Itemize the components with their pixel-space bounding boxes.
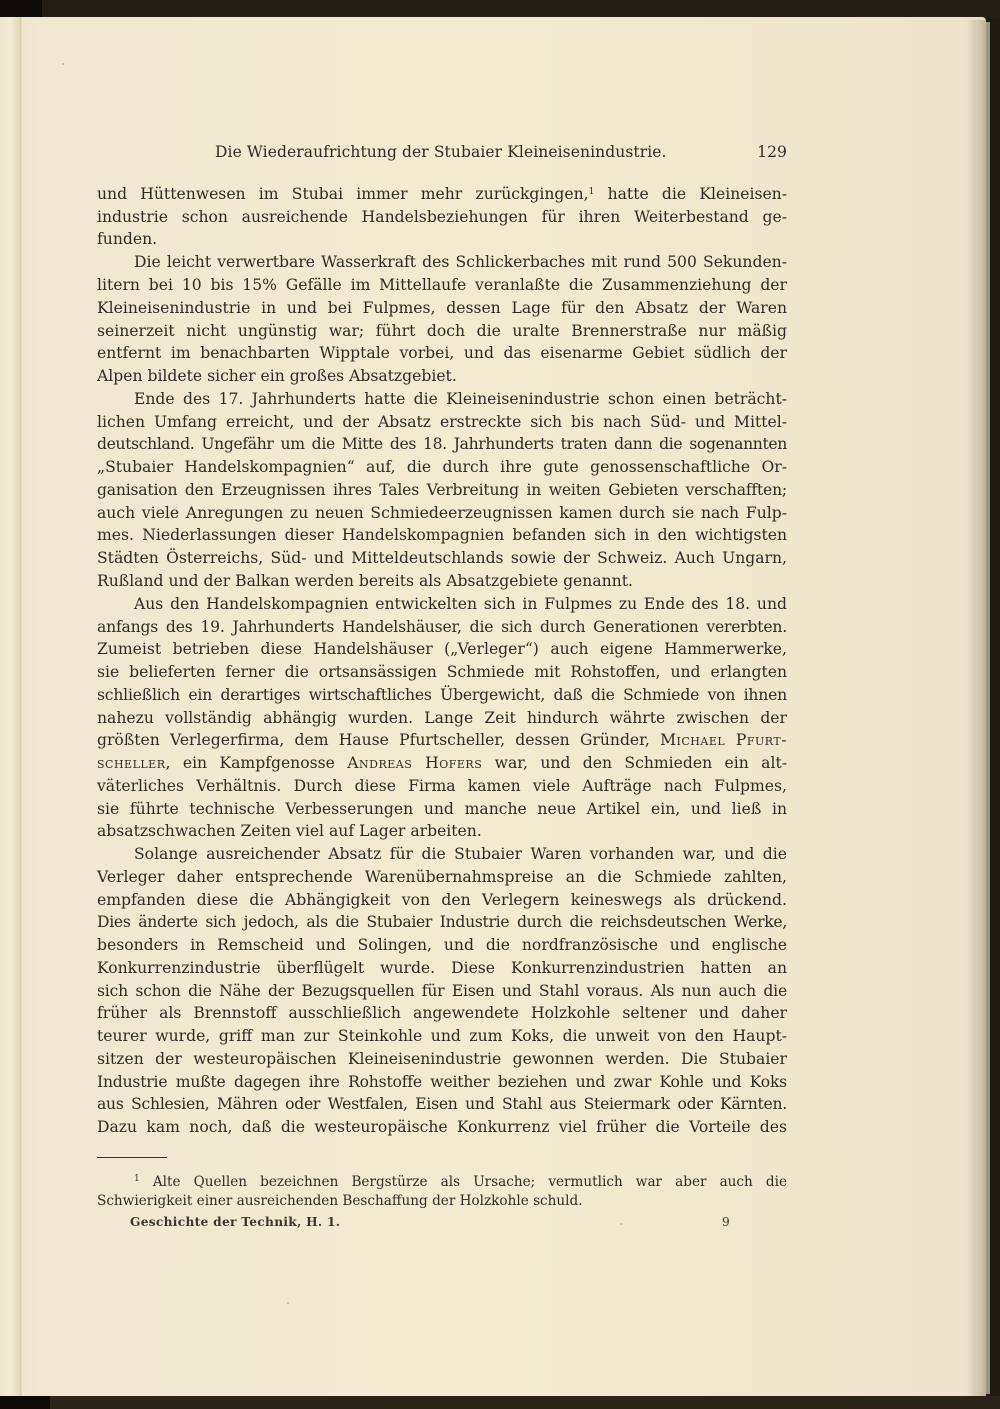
body-line: mes. Niederlassungen dieser Handelskompa… — [97, 524, 787, 547]
body-line: deutschland. Ungefähr um die Mitte des 1… — [97, 433, 787, 456]
body-line: Die leicht verwertbare Wasserkraft des S… — [134, 251, 787, 274]
body-line: aus Schlesien, Mähren oder Westfalen, Ei… — [97, 1093, 787, 1116]
body-line: Zumeist betrieben diese Handelshäuser („… — [97, 638, 787, 661]
person-name: Michael Pfurt- — [660, 731, 787, 749]
body-line: anfangs des 19. Jahrhunderts Handelshäus… — [97, 616, 787, 639]
signature-mark: Geschichte der Technik, H. 1. — [130, 1215, 340, 1229]
page-text: Die Wiederaufrichtung der Stubaier Klein… — [0, 0, 1000, 1409]
body-line: Industrie mußte dagegen ihre Rohstoffe w… — [97, 1071, 787, 1094]
body-line: „Stubaier Handelskompagnien“ auf, die du… — [97, 456, 787, 479]
body-line: Ende des 17. Jahrhunderts hatte die Klei… — [134, 388, 787, 411]
body-line: Aus den Handelskompagnien entwickelten s… — [134, 593, 787, 616]
body-line: scheller, ein Kampfgenosse Andreas Hofer… — [97, 752, 787, 775]
body-line: früher als Brennstoff ausschließlich ang… — [97, 1002, 787, 1025]
body-line: sie belieferten ferner die ortsansässige… — [97, 661, 787, 684]
running-head-title: Die Wiederaufrichtung der Stubaier Klein… — [215, 143, 667, 161]
line-text: und Hüttenwesen im Stubai immer mehr zur… — [97, 185, 589, 203]
person-name: scheller — [97, 754, 166, 772]
body-line: teurer wurde, griff man zur Steinkohle u… — [97, 1025, 787, 1048]
body-line: entfernt im benachbarten Wipptale vorbei… — [97, 342, 787, 365]
footnote-line: Schwierigkeit einer ausreichenden Bescha… — [97, 1191, 787, 1211]
page-number: 129 — [757, 143, 787, 161]
signature-number: 9 — [722, 1215, 730, 1229]
line-text: war, und den Schmieden ein alt- — [482, 754, 787, 772]
body-line: ganisation den Erzeugnissen ihres Tales … — [97, 479, 787, 502]
line-text: , ein Kampfgenosse — [166, 754, 335, 772]
body-line: empfanden diese die Abhängigkeit von den… — [97, 889, 787, 912]
body-line: väterliches Verhältnis. Durch diese Firm… — [97, 775, 787, 798]
running-head: Die Wiederaufrichtung der Stubaier Klein… — [215, 143, 787, 165]
body-line: Städten Österreichs, Süd- und Mitteldeut… — [97, 547, 787, 570]
body-line: Verleger daher entsprechende Warenüberna… — [97, 866, 787, 889]
paper-speck — [287, 1302, 289, 1304]
body-line: absatzschwachen Zeiten viel auf Lager ar… — [97, 820, 787, 843]
body-line: und Hüttenwesen im Stubai immer mehr zur… — [97, 183, 787, 206]
body-line: Dies änderte sich jedoch, als die Stubai… — [97, 911, 787, 934]
body-line: industrie schon ausreichende Handelsbezi… — [97, 206, 787, 229]
footnote-rule — [97, 1157, 167, 1158]
body-line: schließlich ein derartiges wirtschaftlic… — [97, 684, 787, 707]
body-line: lichen Umfang erreicht, und der Absatz e… — [97, 411, 787, 434]
body-line: funden. — [97, 228, 787, 251]
body-line: sich schon die Nähe der Bezugsquellen fü… — [97, 980, 787, 1003]
body-line: sie führte technische Verbesserungen und… — [97, 798, 787, 821]
body-line: seinerzeit nicht ungünstig war; führt do… — [97, 320, 787, 343]
body-line: nahezu vollständig abhängig wurden. Lang… — [97, 707, 787, 730]
line-text: größten Verlegerfirma, dem Hause Pfurtsc… — [97, 731, 650, 749]
footnote-text: Alte Quellen bezeichnen Bergstürze als U… — [140, 1174, 787, 1190]
body-line: litern bei 10 bis 15% Gefälle im Mittell… — [97, 274, 787, 297]
body-line: Solange ausreichender Absatz für die Stu… — [134, 843, 787, 866]
body-line: Kleineisenindustrie in und bei Fulpmes, … — [97, 297, 787, 320]
person-name: Andreas Hofers — [347, 754, 482, 772]
body-line: Dazu kam noch, daß die westeuropäische K… — [97, 1116, 787, 1139]
paper-speck — [62, 63, 64, 65]
body-line: sitzen der westeuropäischen Kleineisenin… — [97, 1048, 787, 1071]
body-line: Alpen bildete sicher ein großes Absatzge… — [97, 365, 787, 388]
body-line: auch viele Anregungen zu neuen Schmiedee… — [97, 502, 787, 525]
footnote-line: 1 Alte Quellen bezeichnen Bergstürze als… — [134, 1172, 787, 1192]
body-line: größten Verlegerfirma, dem Hause Pfurtsc… — [97, 729, 787, 752]
paper-speck — [620, 1223, 622, 1225]
body-line: Rußland und der Balkan werden bereits al… — [97, 570, 787, 593]
body-line: besonders in Remscheid und Solingen, und… — [97, 934, 787, 957]
body-line: Konkurrenzindustrie überflügelt wurde. D… — [97, 957, 787, 980]
line-text: hatte die Kleineisen- — [594, 185, 787, 203]
